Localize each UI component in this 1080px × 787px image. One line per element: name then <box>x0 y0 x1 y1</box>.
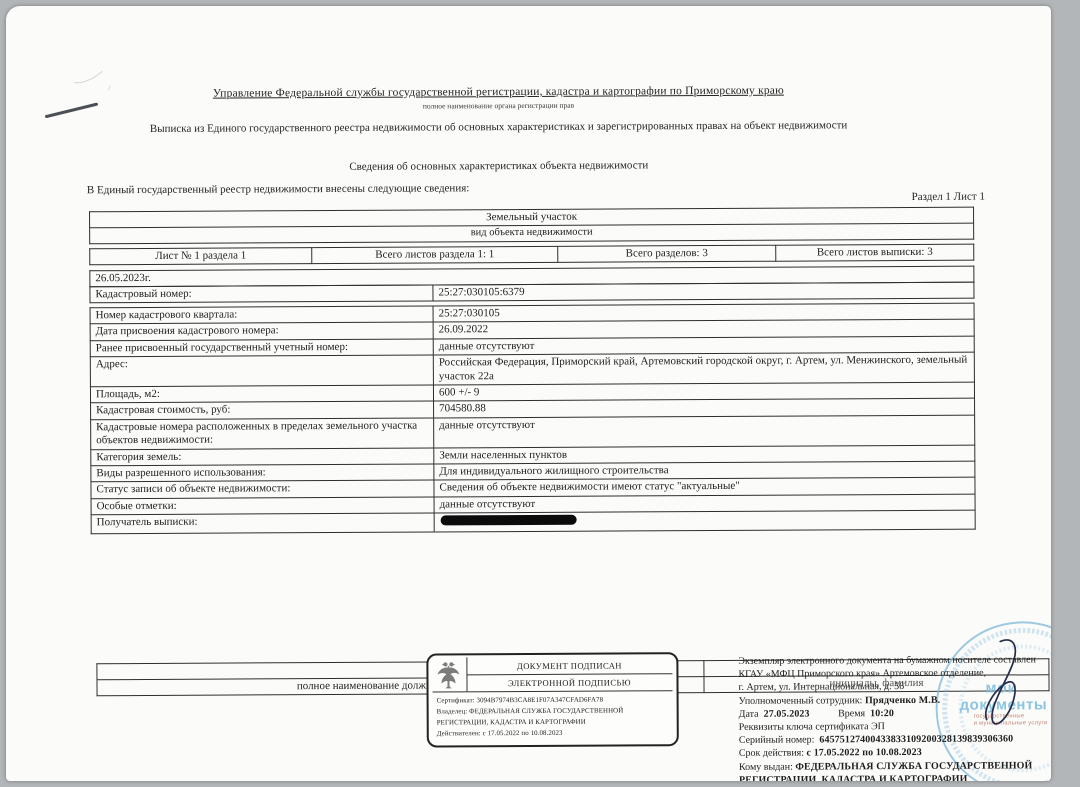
total-sections-cell: Всего разделов: 3 <box>558 245 776 263</box>
row-value: Российская Федерация, Приморский край, А… <box>433 352 974 385</box>
stamp-title-line2: ЭЛЕКТРОННОЙ ПОДПИСЬЮ <box>468 677 670 688</box>
object-type-caption: вид объекта недвижимости <box>90 224 974 245</box>
esign-stamp: ДОКУМЕНТ ПОДПИСАН ЭЛЕКТРОННОЙ ПОДПИСЬЮ С… <box>426 652 678 747</box>
time-value: 10:20 <box>870 708 894 719</box>
term-value: с 17.05.2022 по 10.08.2023 <box>807 747 922 759</box>
stamp-divider-1 <box>466 673 672 675</box>
stamp-validity: Действителен: с 17.05.2022 по 10.08.2023 <box>437 727 673 739</box>
row-label: Номер кадастрового квартала: <box>90 306 433 324</box>
footer-line-copy: Экземпляр электронного документа на бума… <box>738 653 1051 668</box>
row-label: Категория земель: <box>91 448 434 466</box>
issued-value-line1: ФЕДЕРАЛЬНАЯ СЛУЖБА ГОСУДАРСТВЕННОЙ <box>795 760 1032 772</box>
time-label: Время <box>838 708 865 719</box>
officer-label: Уполномоченный сотрудник: <box>739 695 863 707</box>
section-sheet-label: Раздел 1 Лист 1 <box>795 191 985 204</box>
row-label: Получатель выписки: <box>91 513 434 533</box>
date-value: 27.05.2023 <box>764 708 810 719</box>
issued-value-line2: РЕГИСТРАЦИИ, КАДАСТРА И КАРТОГРАФИИ <box>739 774 968 781</box>
footer-block: Экземпляр электронного документа на бума… <box>738 653 1051 781</box>
row-value: данные отсутствуют <box>434 415 975 448</box>
officer-name: Прядченко М.В. <box>865 694 940 705</box>
details-table: Номер кадастрового квартала: 25:27:03010… <box>90 303 976 534</box>
row-label: Ранее присвоенный государственный учетны… <box>90 339 433 357</box>
registration-authority-caption: полное наименование органа регистрации п… <box>18 99 978 113</box>
intro-line: В Единый государственный реестр недвижим… <box>87 182 469 196</box>
table-row: Кадастровые номера расположенных в преде… <box>91 415 975 449</box>
total-extract-sheets-cell: Всего листов выписки: 3 <box>776 244 974 261</box>
issued-label: Кому выдан: <box>739 761 793 772</box>
row-label: Адрес: <box>90 355 433 387</box>
rosreestr-eagle-icon <box>435 659 461 691</box>
row-value-redacted <box>434 510 975 531</box>
sheets-summary-table: Лист № 1 раздела 1 Всего листов раздела … <box>89 244 974 266</box>
row-label: Статус записи об объекте недвижимости: <box>91 480 434 498</box>
stamp-divider-2 <box>433 690 673 692</box>
serial-label: Серийный номер: <box>739 735 815 746</box>
registration-authority-title: Управление Федеральной службы государств… <box>18 84 978 101</box>
sheet-number-cell: Лист № 1 раздела 1 <box>90 248 312 266</box>
scan-content: Управление Федеральной службы государств… <box>6 6 1051 781</box>
date-label: Дата <box>739 709 759 720</box>
redaction-bar <box>441 515 577 526</box>
table-row: Получатель выписки: <box>91 510 975 533</box>
row-label: Виды разрешенного использования: <box>91 464 434 482</box>
footer-line-issued2: РЕГИСТРАЦИИ, КАДАСТРА И КАРТОГРАФИИ <box>739 772 1051 781</box>
footer-line-serial: Серийный номер: 645751274004338331092003… <box>739 732 1051 747</box>
row-label: Кадастровые номера расположенных в преде… <box>91 418 434 450</box>
table-row: Адрес: Российская Федерация, Приморский … <box>90 352 974 386</box>
row-label: Кадастровая стоимость, руб: <box>91 401 434 419</box>
stamp-title-line1: ДОКУМЕНТ ПОДПИСАН <box>468 660 670 671</box>
cadastral-number-label: Кадастровый номер: <box>90 285 433 303</box>
document-title: Выписка из Единого государственного реес… <box>19 119 979 136</box>
row-label: Особые отметки: <box>91 497 434 515</box>
screenshot-canvas: Управление Федеральной службы государств… <box>0 0 1080 787</box>
total-section-sheets-cell: Всего листов раздела 1: 1 <box>312 246 558 264</box>
object-type-table: Земельный участок вид объекта недвижимос… <box>89 207 974 245</box>
cadastral-number-value: 25:27:030105:6379 <box>433 282 974 301</box>
row-label: Площадь, м2: <box>90 385 433 403</box>
stamp-details: Сертификат: 3094B7974B3CA8E1F07A347CFAD6… <box>437 694 673 739</box>
cadastral-number-table: Кадастровый номер: 25:27:030105:6379 <box>89 282 974 304</box>
serial-value: 64575127400433833109200328139839306360 <box>819 734 1013 746</box>
row-label: Дата присвоения кадастрового номера: <box>90 322 433 340</box>
term-label: Срок действия: <box>739 748 804 759</box>
section-title: Сведения об основных характеристиках объ… <box>19 158 979 175</box>
footer-line-issued: Кому выдан: ФЕДЕРАЛЬНАЯ СЛУЖБА ГОСУДАРСТ… <box>739 759 1051 774</box>
scanned-page: Управление Федеральной службы государств… <box>6 6 1051 781</box>
